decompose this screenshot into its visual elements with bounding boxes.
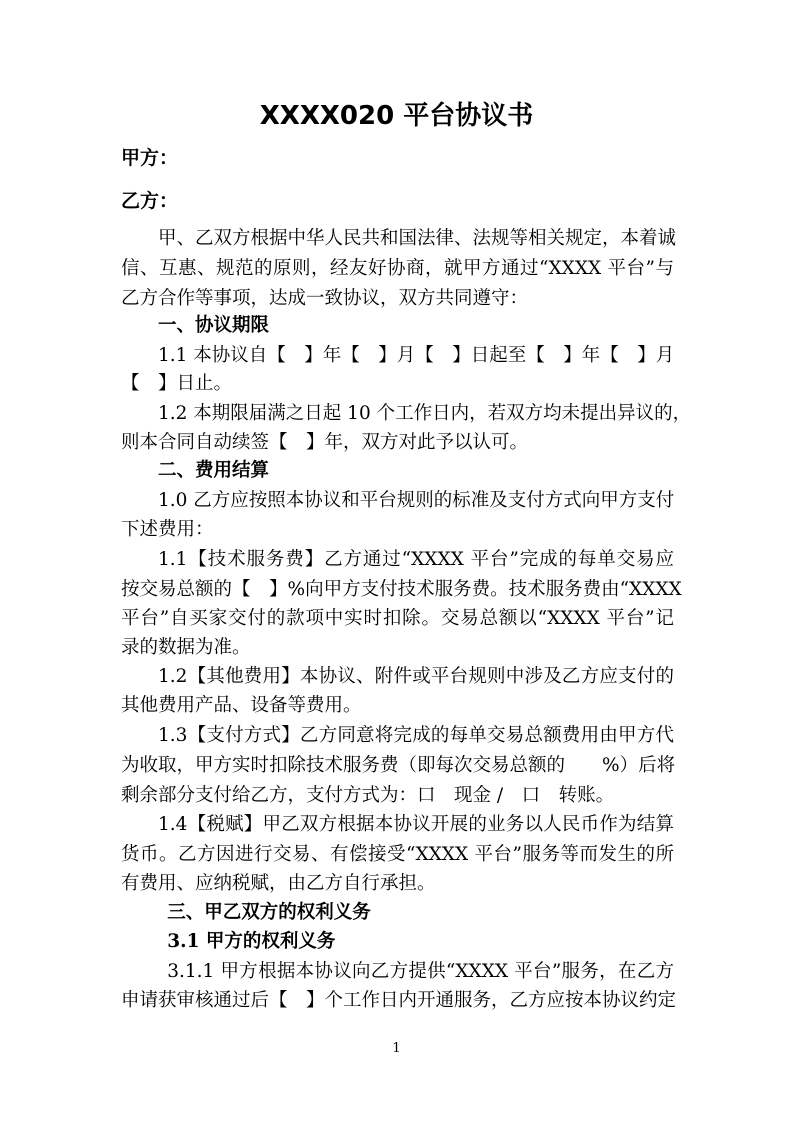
text-line: 3.1.1 甲方根据本协议向乙方提供“XXXX 平台”服务，在乙方 <box>121 957 674 987</box>
document-title: XXXX020 平台协议书 <box>0 98 793 134</box>
section-heading: 二、费用结算 <box>121 456 674 486</box>
document-page: XXXX020 平台协议书 甲方： 乙方： 甲、乙双方根据中华人民共和国法律、法… <box>0 0 793 1122</box>
section-heading: 三、甲乙双方的权利义务 <box>121 898 674 928</box>
text-line: 乙方合作等事项，达成一致协议，双方共同遵守： <box>121 284 674 314</box>
text-line: 剩余部分支付给乙方，支付方式为：口 现金 / 口 转账。 <box>121 781 674 811</box>
text-line: 申请获审核通过后【 】个工作日内开通服务，乙方应按本协议约定 <box>121 986 674 1016</box>
section-heading: 3.1 甲方的权利义务 <box>121 927 674 957</box>
text-line: 录的数据为准。 <box>121 633 674 663</box>
page-number: 1 <box>0 1040 793 1058</box>
text-line: 1.1 本协议自【 】年【 】月【 】日起至【 】年【 】月 <box>121 341 674 371</box>
text-line: 其他费用产品、设备等费用。 <box>121 691 674 721</box>
text-line: 1.3【支付方式】乙方同意将完成的每单交易总额费用由甲方代 <box>121 721 674 751</box>
text-line: 1.4【税赋】甲乙双方根据本协议开展的业务以人民币作为结算 <box>121 810 674 840</box>
party-b-label: 乙方： <box>121 186 674 216</box>
text-line: 下述费用： <box>121 515 674 545</box>
party-a-label: 甲方： <box>121 143 674 173</box>
text-line: 甲、乙双方根据中华人民共和国法律、法规等相关规定，本着诚 <box>121 224 674 254</box>
text-line: 【 】日止。 <box>121 369 674 399</box>
text-line: 平台”自买家交付的款项中实时扣除。交易总额以“XXXX 平台”记 <box>121 604 674 634</box>
text-line: 有费用、应纳税赋，由乙方自行承担。 <box>121 869 674 899</box>
text-line: 信、互惠、规范的原则，经友好协商，就甲方通过“XXXX 平台”与 <box>121 254 674 284</box>
text-line: 货币。乙方因进行交易、有偿接受“XXXX 平台”服务等而发生的所 <box>121 840 674 870</box>
text-line: 按交易总额的【 】%向甲方支付技术服务费。技术服务费由“XXXX <box>121 575 674 605</box>
text-line: 1.2 本期限届满之日起 10 个工作日内，若双方均未提出异议的， <box>121 399 674 429</box>
text-line: 为收取，甲方实时扣除技术服务费（即每次交易总额的 %）后将 <box>121 751 674 781</box>
text-line: 1.0 乙方应按照本协议和平台规则的标准及支付方式向甲方支付 <box>121 486 674 516</box>
text-line: 1.2【其他费用】本协议、附件或平台规则中涉及乙方应支付的 <box>121 662 674 692</box>
section-heading: 一、协议期限 <box>121 311 674 341</box>
text-line: 1.1【技术服务费】乙方通过“XXXX 平台”完成的每单交易应 <box>121 545 674 575</box>
text-line: 则本合同自动续签【 】年，双方对此予以认可。 <box>121 428 674 458</box>
